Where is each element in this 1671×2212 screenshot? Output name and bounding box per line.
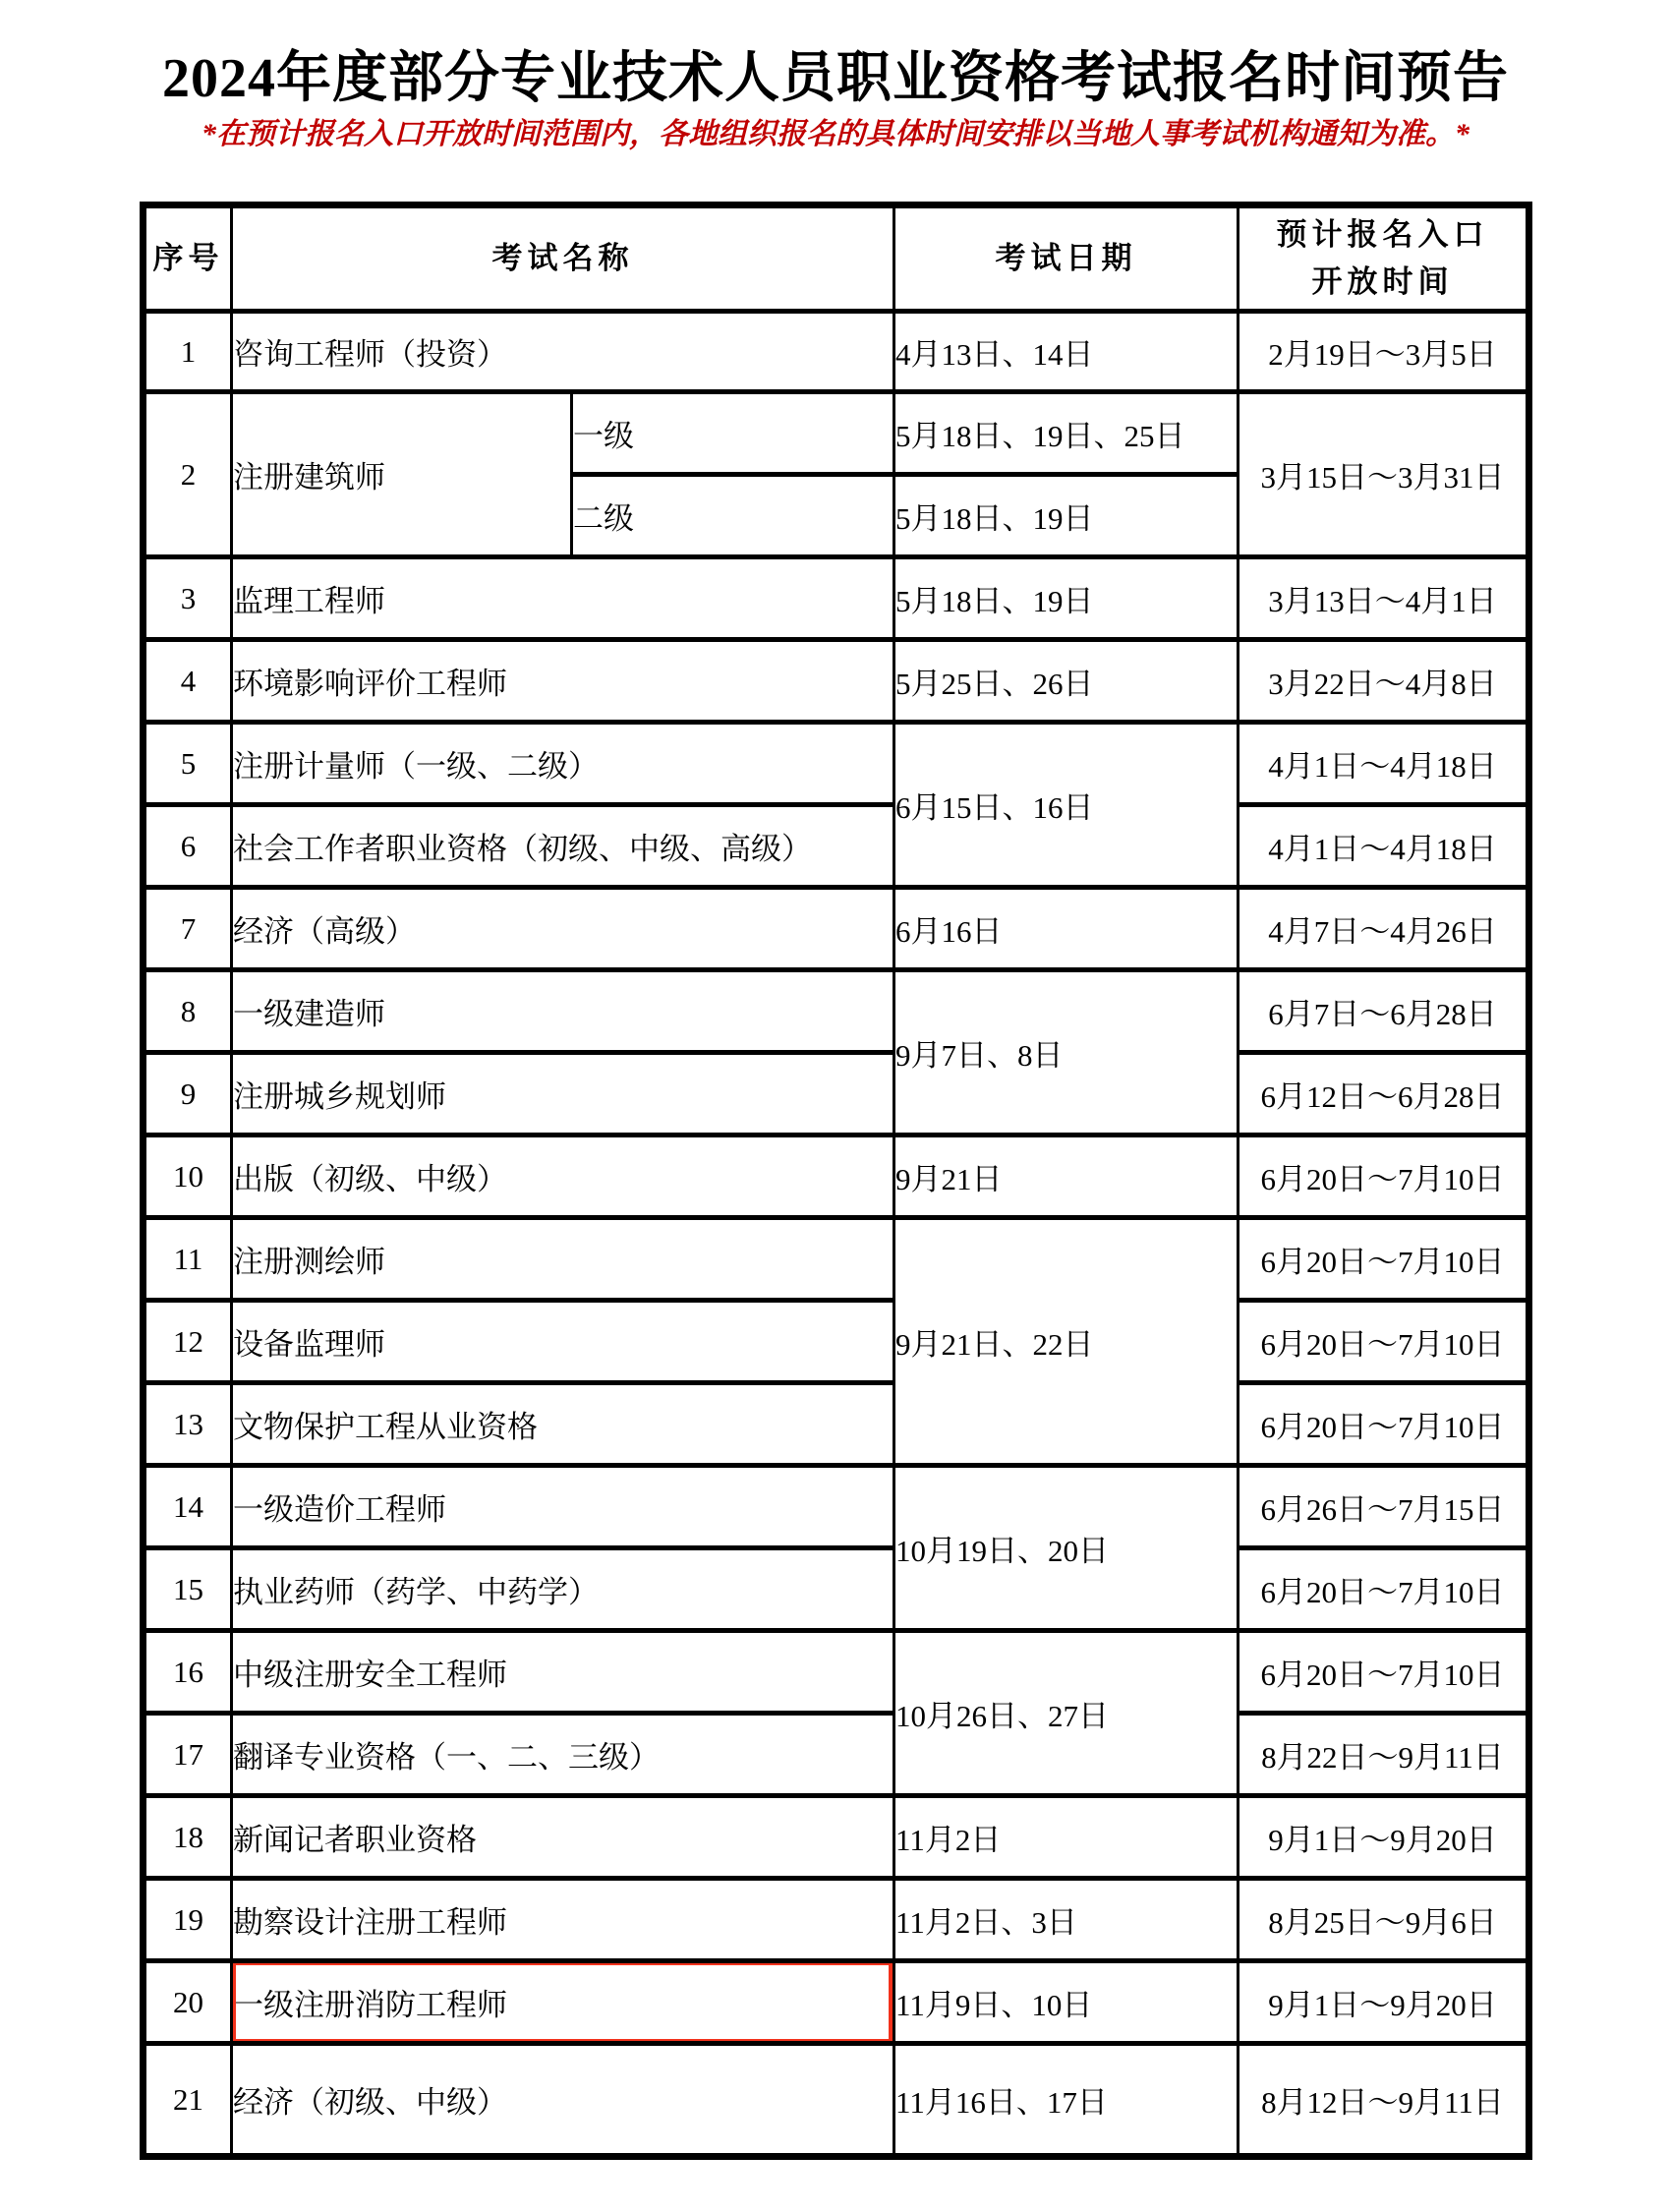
exam-date-cell: 11月2日 bbox=[894, 1796, 1239, 1879]
header-registration: 预计报名入口 开放时间 bbox=[1239, 205, 1529, 312]
registration-cell: 8月22日～9月11日 bbox=[1239, 1714, 1529, 1796]
exam-date-cell: 10月26日、27日 bbox=[894, 1631, 1239, 1796]
row-no: 18 bbox=[144, 1796, 232, 1879]
registration-cell: 4月1日～4月18日 bbox=[1239, 805, 1529, 888]
row-no: 16 bbox=[144, 1631, 232, 1714]
exam-name-cell: 经济（初级、中级） bbox=[232, 2044, 894, 2157]
row-no: 14 bbox=[144, 1466, 232, 1548]
row-no: 15 bbox=[144, 1548, 232, 1631]
row-no: 2 bbox=[144, 392, 232, 557]
registration-cell: 6月20日～7月10日 bbox=[1239, 1383, 1529, 1466]
exam-name-cell: 文物保护工程从业资格 bbox=[232, 1383, 894, 1466]
row-no: 9 bbox=[144, 1053, 232, 1135]
table-row: 17 翻译专业资格（一、二、三级） 8月22日～9月11日 bbox=[144, 1714, 1529, 1796]
header-exam-name: 考试名称 bbox=[232, 205, 894, 312]
exam-name-cell: 出版（初级、中级） bbox=[232, 1135, 894, 1218]
table-row: 16 中级注册安全工程师 10月26日、27日 6月20日～7月10日 bbox=[144, 1631, 1529, 1714]
table-row: 19 勘察设计注册工程师 11月2日、3日 8月25日～9月6日 bbox=[144, 1879, 1529, 1961]
exam-level-cell: 一级 bbox=[572, 392, 894, 475]
exam-name-cell: 新闻记者职业资格 bbox=[232, 1796, 894, 1879]
exam-date-cell: 5月18日、19日 bbox=[894, 475, 1239, 557]
exam-date-cell: 5月18日、19日 bbox=[894, 557, 1239, 640]
exam-name-cell: 一级造价工程师 bbox=[232, 1466, 894, 1548]
header-registration-line1: 预计报名入口 bbox=[1239, 211, 1526, 259]
registration-cell: 8月12日～9月11日 bbox=[1239, 2044, 1529, 2157]
exam-name-cell: 一级建造师 bbox=[232, 970, 894, 1053]
row-no: 13 bbox=[144, 1383, 232, 1466]
exam-name-cell: 咨询工程师（投资） bbox=[232, 312, 894, 392]
registration-cell: 6月20日～7月10日 bbox=[1239, 1631, 1529, 1714]
registration-cell: 4月1日～4月18日 bbox=[1239, 723, 1529, 805]
row-no: 10 bbox=[144, 1135, 232, 1218]
table-row: 15 执业药师（药学、中药学） 6月20日～7月10日 bbox=[144, 1548, 1529, 1631]
table-row: 4 环境影响评价工程师 5月25日、26日 3月22日～4月8日 bbox=[144, 640, 1529, 723]
registration-cell: 6月20日～7月10日 bbox=[1239, 1218, 1529, 1301]
exam-name-cell: 翻译专业资格（一、二、三级） bbox=[232, 1714, 894, 1796]
table-row: 14 一级造价工程师 10月19日、20日 6月26日～7月15日 bbox=[144, 1466, 1529, 1548]
table-row: 8 一级建造师 9月7日、8日 6月7日～6月28日 bbox=[144, 970, 1529, 1053]
exam-level-cell: 二级 bbox=[572, 475, 894, 557]
exam-name-cell: 中级注册安全工程师 bbox=[232, 1631, 894, 1714]
registration-cell: 9月1日～9月20日 bbox=[1239, 1961, 1529, 2044]
table-row: 18 新闻记者职业资格 11月2日 9月1日～9月20日 bbox=[144, 1796, 1529, 1879]
row-no: 12 bbox=[144, 1301, 232, 1383]
table-row: 1 咨询工程师（投资） 4月13日、14日 2月19日～3月5日 bbox=[144, 312, 1529, 392]
header-index: 序号 bbox=[144, 205, 232, 312]
row-no: 5 bbox=[144, 723, 232, 805]
exam-date-cell: 11月2日、3日 bbox=[894, 1879, 1239, 1961]
exam-name-cell: 环境影响评价工程师 bbox=[232, 640, 894, 723]
exam-name-cell: 设备监理师 bbox=[232, 1301, 894, 1383]
row-no: 20 bbox=[144, 1961, 232, 2044]
registration-cell: 2月19日～3月5日 bbox=[1239, 312, 1529, 392]
row-no: 3 bbox=[144, 557, 232, 640]
registration-cell: 3月15日～3月31日 bbox=[1239, 392, 1529, 557]
registration-cell: 3月22日～4月8日 bbox=[1239, 640, 1529, 723]
header-exam-date: 考试日期 bbox=[894, 205, 1239, 312]
table-row: 21 经济（初级、中级） 11月16日、17日 8月12日～9月11日 bbox=[144, 2044, 1529, 2157]
table-row: 13 文物保护工程从业资格 6月20日～7月10日 bbox=[144, 1383, 1529, 1466]
row-no: 19 bbox=[144, 1879, 232, 1961]
row-no: 6 bbox=[144, 805, 232, 888]
exam-date-cell: 9月7日、8日 bbox=[894, 970, 1239, 1135]
registration-cell: 6月12日～6月28日 bbox=[1239, 1053, 1529, 1135]
exam-date-cell: 10月19日、20日 bbox=[894, 1466, 1239, 1631]
exam-name-cell: 执业药师（药学、中药学） bbox=[232, 1548, 894, 1631]
table-row: 2 注册建筑师 一级 5月18日、19日、25日 3月15日～3月31日 bbox=[144, 392, 1529, 475]
row-no: 11 bbox=[144, 1218, 232, 1301]
registration-cell: 6月7日～6月28日 bbox=[1239, 970, 1529, 1053]
registration-cell: 6月20日～7月10日 bbox=[1239, 1135, 1529, 1218]
table-row: 3 监理工程师 5月18日、19日 3月13日～4月1日 bbox=[144, 557, 1529, 640]
exam-date-cell: 9月21日、22日 bbox=[894, 1218, 1239, 1466]
registration-cell: 6月26日～7月15日 bbox=[1239, 1466, 1529, 1548]
table-row: 12 设备监理师 6月20日～7月10日 bbox=[144, 1301, 1529, 1383]
exam-date-cell: 4月13日、14日 bbox=[894, 312, 1239, 392]
exam-date-cell: 6月16日 bbox=[894, 888, 1239, 970]
exam-date-cell: 9月21日 bbox=[894, 1135, 1239, 1218]
row-no: 8 bbox=[144, 970, 232, 1053]
table-row: 7 经济（高级） 6月16日 4月7日～4月26日 bbox=[144, 888, 1529, 970]
exam-name-cell: 勘察设计注册工程师 bbox=[232, 1879, 894, 1961]
row-no: 17 bbox=[144, 1714, 232, 1796]
registration-cell: 6月20日～7月10日 bbox=[1239, 1301, 1529, 1383]
table-row: 11 注册测绘师 9月21日、22日 6月20日～7月10日 bbox=[144, 1218, 1529, 1301]
table-row: 5 注册计量师（一级、二级） 6月15日、16日 4月1日～4月18日 bbox=[144, 723, 1529, 805]
header-row: 序号 考试名称 考试日期 预计报名入口 开放时间 bbox=[144, 205, 1529, 312]
registration-cell: 4月7日～4月26日 bbox=[1239, 888, 1529, 970]
table-row-highlighted: 20 一级注册消防工程师 11月9日、10日 9月1日～9月20日 bbox=[144, 1961, 1529, 2044]
exam-name-cell: 注册测绘师 bbox=[232, 1218, 894, 1301]
exam-date-cell: 11月9日、10日 bbox=[894, 1961, 1239, 2044]
registration-cell: 8月25日～9月6日 bbox=[1239, 1879, 1529, 1961]
exam-name-cell: 监理工程师 bbox=[232, 557, 894, 640]
exam-name-cell: 注册建筑师 bbox=[232, 392, 572, 557]
exam-name-cell: 注册计量师（一级、二级） bbox=[232, 723, 894, 805]
row-no: 1 bbox=[144, 312, 232, 392]
header-registration-line2: 开放时间 bbox=[1239, 259, 1526, 306]
exam-name-cell: 注册城乡规划师 bbox=[232, 1053, 894, 1135]
notice-text: *在预计报名入口开放时间范围内，各地组织报名的具体时间安排以当地人事考试机构通知… bbox=[0, 114, 1671, 155]
exam-date-cell: 11月16日、17日 bbox=[894, 2044, 1239, 2157]
exam-name-cell-highlighted: 一级注册消防工程师 bbox=[232, 1961, 894, 2044]
exam-name-text: 一级注册消防工程师 bbox=[233, 1988, 507, 2022]
row-no: 21 bbox=[144, 2044, 232, 2157]
exam-date-cell: 6月15日、16日 bbox=[894, 723, 1239, 888]
exam-name-cell: 社会工作者职业资格（初级、中级、高级） bbox=[232, 805, 894, 888]
row-no: 7 bbox=[144, 888, 232, 970]
exam-date-cell: 5月25日、26日 bbox=[894, 640, 1239, 723]
registration-cell: 3月13日～4月1日 bbox=[1239, 557, 1529, 640]
page-title: 2024年度部分专业技术人员职业资格考试报名时间预告 bbox=[0, 0, 1671, 114]
table-row: 10 出版（初级、中级） 9月21日 6月20日～7月10日 bbox=[144, 1135, 1529, 1218]
exam-name-cell: 经济（高级） bbox=[232, 888, 894, 970]
row-no: 4 bbox=[144, 640, 232, 723]
table-row: 6 社会工作者职业资格（初级、中级、高级） 4月1日～4月18日 bbox=[144, 805, 1529, 888]
exam-schedule-table: 序号 考试名称 考试日期 预计报名入口 开放时间 1 咨询工程师（投资） 4月1… bbox=[140, 202, 1532, 2160]
table-row: 9 注册城乡规划师 6月12日～6月28日 bbox=[144, 1053, 1529, 1135]
registration-cell: 9月1日～9月20日 bbox=[1239, 1796, 1529, 1879]
exam-date-cell: 5月18日、19日、25日 bbox=[894, 392, 1239, 475]
registration-cell: 6月20日～7月10日 bbox=[1239, 1548, 1529, 1631]
